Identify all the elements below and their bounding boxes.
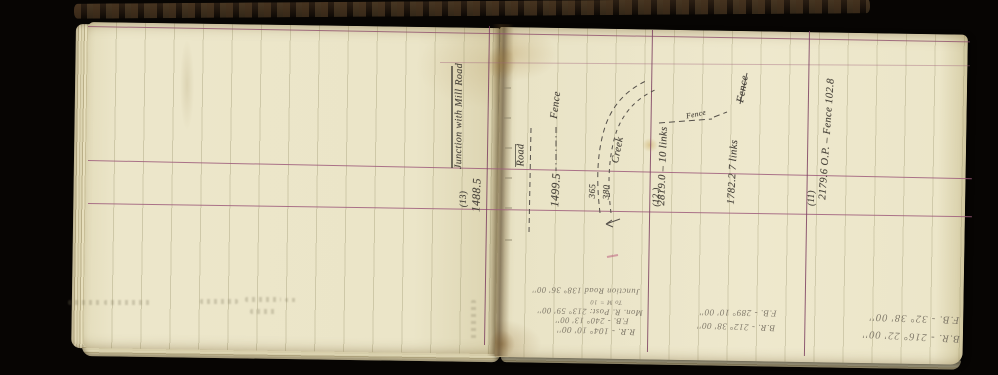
creek-bank-right-chainage: 380 xyxy=(601,184,612,199)
red-pencil-tick xyxy=(607,255,618,257)
bearing-note: Junction Road 138° 36' 00'' xyxy=(532,285,640,297)
road-underline xyxy=(515,144,516,167)
station-13-chainage: 1488.5 xyxy=(470,178,483,212)
gutter-stitch-ticks xyxy=(504,88,512,240)
ink-bleed-smudge xyxy=(68,300,100,305)
station-11-number: (11) xyxy=(806,190,816,206)
creek-flow-arrow-icon xyxy=(606,219,620,227)
ink-bleed-smudge xyxy=(104,300,150,305)
bearing-note: F.B. - 289° 10' 00'' xyxy=(699,307,776,318)
bearing-note: To M = 10 xyxy=(590,298,622,306)
road-label: Road xyxy=(516,144,527,167)
creek-bank-left-chainage: 365 xyxy=(587,183,598,198)
ink-bleed-smudge xyxy=(250,309,278,314)
ink-bleed-smudge xyxy=(245,297,281,302)
ink-bleed-smudge xyxy=(471,300,476,342)
survey-sketch-overlay xyxy=(0,0,998,375)
fence1-chainage: 1499.5 xyxy=(549,173,563,208)
ink-bleed-smudge xyxy=(285,298,299,302)
station-13-number: (13) xyxy=(458,191,468,208)
ink-bleed-smudge xyxy=(200,299,238,304)
road-dashed-line xyxy=(529,128,531,233)
notebook-scan: Junction with Mill Road (13) 1488.5 Road… xyxy=(0,0,998,375)
heading-underline xyxy=(451,66,453,168)
page-heading: Junction with Mill Road xyxy=(453,63,465,169)
